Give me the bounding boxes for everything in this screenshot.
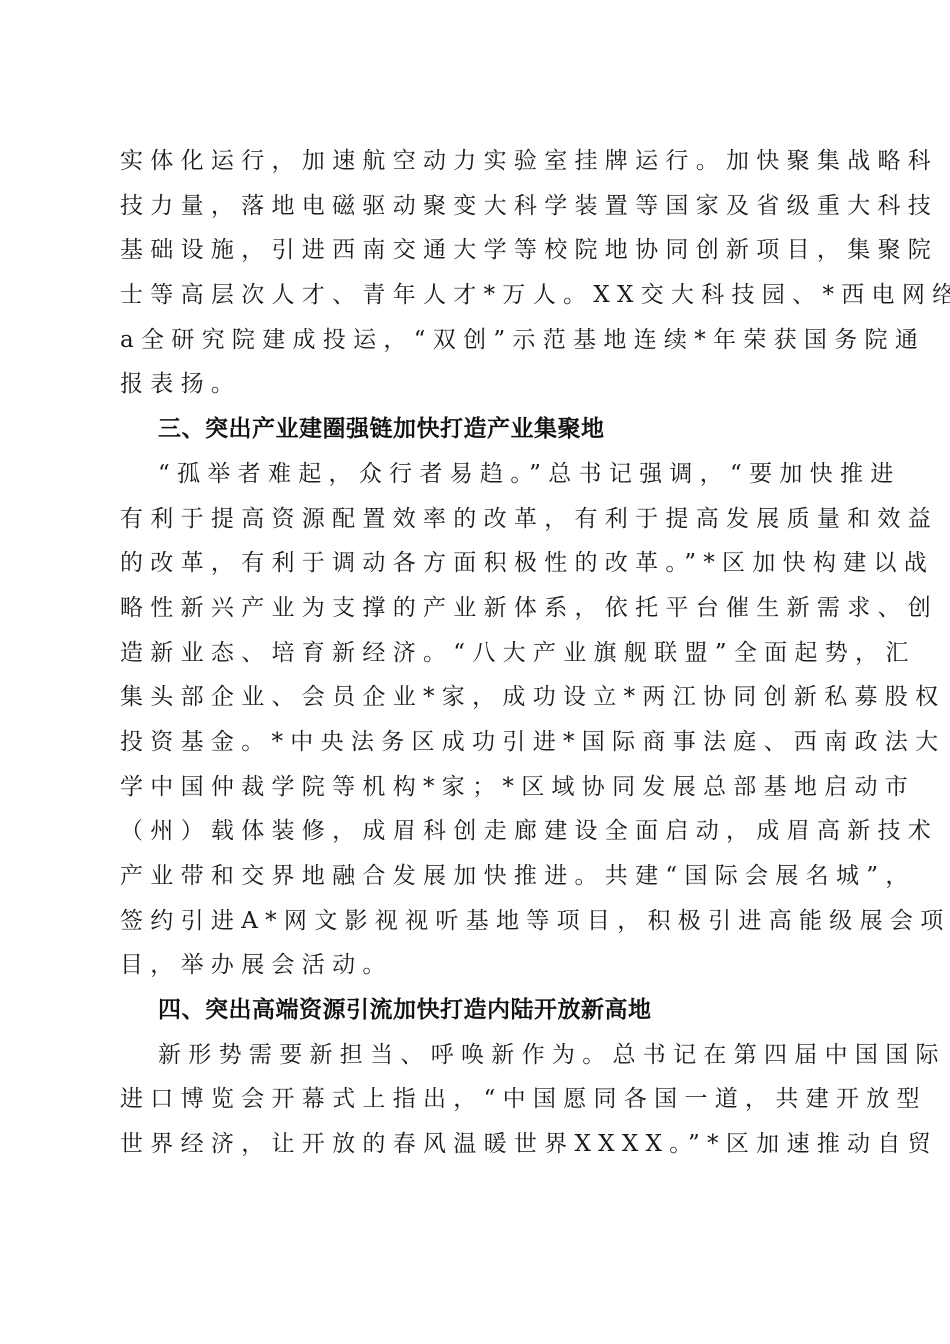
paragraph-line: 世界经济，让开放的春风温暖世界XXXX。”*区加速推动自贸	[120, 1122, 832, 1167]
paragraph-line: 造新业态、培育新经济。“八大产业旗舰联盟”全面起势，汇	[120, 631, 832, 676]
paragraph-line: 签约引进A*网文影视视听基地等项目，积极引进高能级展会项	[120, 899, 832, 944]
paragraph-line: 基础设施，引进西南交通大学等校院地协同创新项目，集聚院	[120, 228, 832, 273]
paragraph-line: a全研究院建成投运，“双创”示范基地连续*年荣获国务院通	[120, 318, 832, 363]
paragraph-line: 实体化运行，加速航空动力实验室挂牌运行。加快聚集战略科	[120, 139, 832, 184]
paragraph-line: 技力量，落地电磁驱动聚变大科学装置等国家及省级重大科技	[120, 184, 832, 229]
paragraph-line: 报表扬。	[120, 362, 832, 407]
paragraph-line: 士等高层次人才、青年人才*万人。XX交大科技园、*西电网络	[120, 273, 832, 318]
paragraph-line: 进口博览会开幕式上指出，“中国愿同各国一道，共建开放型	[120, 1077, 832, 1122]
paragraph-line: 的改革，有利于调动各方面积极性的改革。”*区加快构建以战	[120, 541, 832, 586]
paragraph-line: 产业带和交界地融合发展加快推进。共建“国际会展名城”，	[120, 854, 832, 899]
paragraph-first-line: “孤举者难起，众行者易趋。”总书记强调，“要加快推进	[120, 452, 832, 497]
paragraph-line: 略性新兴产业为支撑的产业新体系，依托平台催生新需求、创	[120, 586, 832, 631]
section-heading-4: 四、突出高端资源引流加快打造内陆开放新高地	[120, 988, 832, 1033]
paragraph-line: 学中国仲裁学院等机构*家；*区域协同发展总部基地启动市	[120, 765, 832, 810]
paragraph-line: （州）载体装修，成眉科创走廊建设全面启动，成眉高新技术	[120, 809, 832, 854]
section-heading-3: 三、突出产业建圈强链加快打造产业集聚地	[120, 407, 832, 452]
document-page: 实体化运行，加速航空动力实验室挂牌运行。加快聚集战略科 技力量，落地电磁驱动聚变…	[120, 139, 832, 1167]
paragraph-line: 投资基金。*中央法务区成功引进*国际商事法庭、西南政法大	[120, 720, 832, 765]
paragraph-line: 有利于提高资源配置效率的改革，有利于提高发展质量和效益	[120, 497, 832, 542]
paragraph-line: 集头部企业、会员企业*家，成功设立*两江协同创新私募股权	[120, 675, 832, 720]
paragraph-line: 目，举办展会活动。	[120, 943, 832, 988]
paragraph-first-line: 新形势需要新担当、呼唤新作为。总书记在第四届中国国际	[120, 1033, 832, 1078]
